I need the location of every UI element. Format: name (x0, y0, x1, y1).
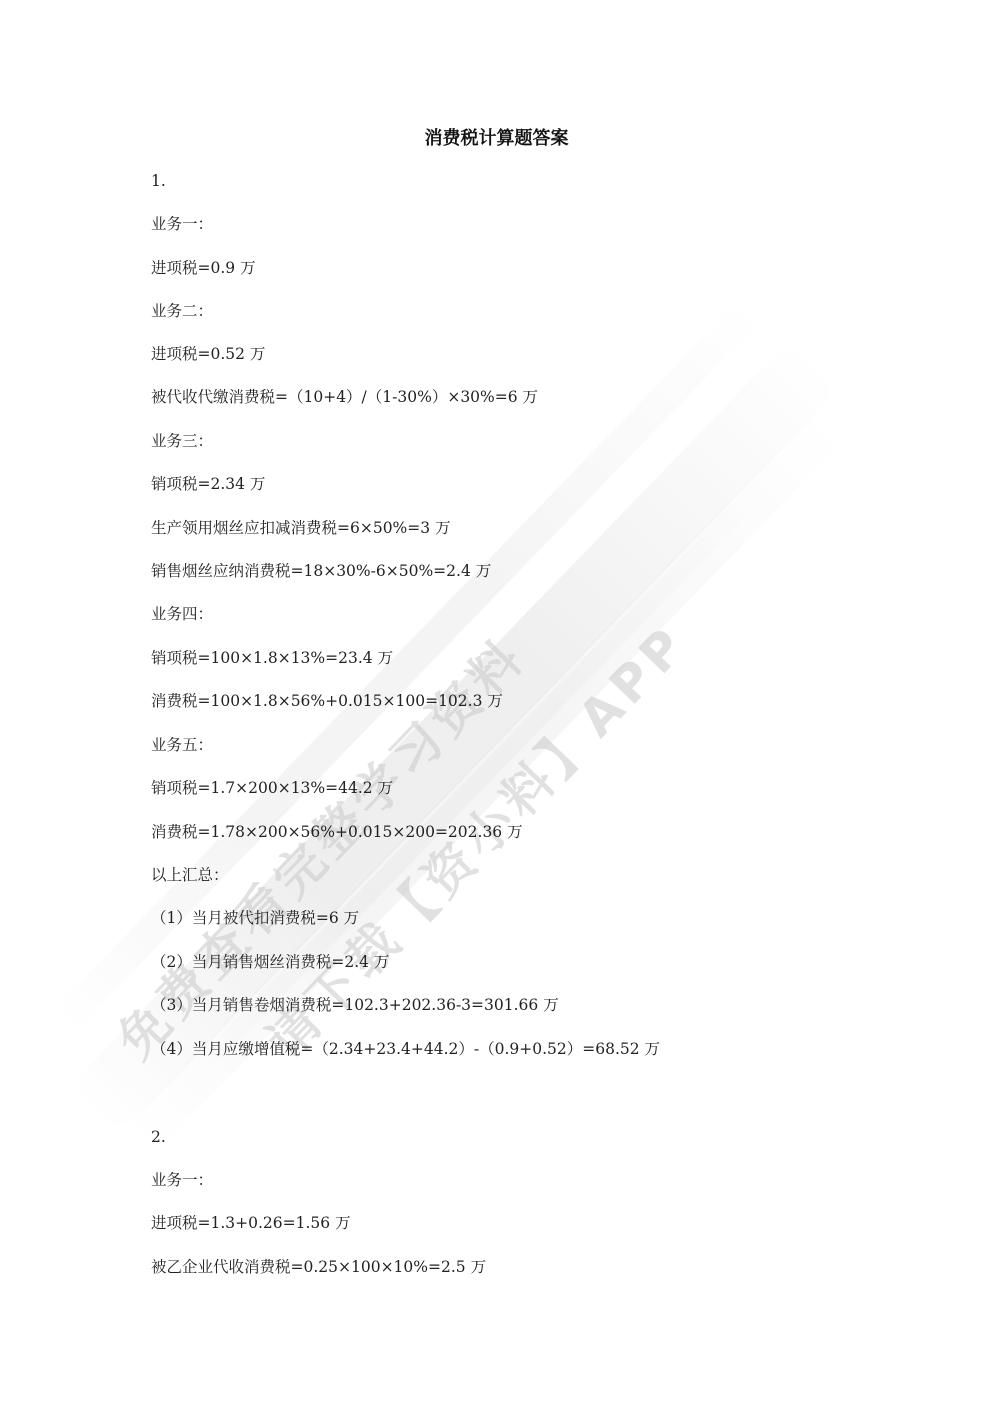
answer-line: 被代收代缴消费税=（10+4）/（1-30%）×30%=6 万 (151, 387, 538, 407)
answer-line: 销项税=2.34 万 (151, 474, 265, 494)
answer-line: 进项税=1.3+0.26=1.56 万 (151, 1213, 351, 1233)
section-heading-business-1: 业务一： (151, 214, 213, 234)
section-heading-business-4: 业务四： (151, 604, 213, 624)
answer-line: 进项税=0.9 万 (151, 258, 256, 278)
summary-item: （1）当月被代扣消费税=6 万 (151, 908, 359, 928)
answer-line: 进项税=0.52 万 (151, 344, 265, 364)
answer-line: 销项税=1.7×200×13%=44.2 万 (151, 778, 393, 798)
answer-line: 销项税=100×1.8×13%=23.4 万 (151, 648, 393, 668)
section-heading-business-3: 业务三： (151, 431, 213, 451)
answer-line: 销售烟丝应纳消费税=18×30%-6×50%=2.4 万 (151, 561, 491, 581)
summary-heading: 以上汇总： (151, 865, 229, 885)
page-title: 消费税计算题答案 (0, 124, 993, 150)
answer-line: 消费税=100×1.8×56%+0.015×100=102.3 万 (151, 691, 503, 711)
summary-item: （2）当月销售烟丝消费税=2.4 万 (151, 952, 389, 972)
section-heading-business-5: 业务五： (151, 735, 213, 755)
section-heading-business-1: 业务一： (151, 1170, 213, 1190)
document-page: 免费查看完整学习资料 请下载【资小料】APP 消费税计算题答案 1. 业务一： … (0, 0, 993, 1404)
answer-line: 消费税=1.78×200×56%+0.015×200=202.36 万 (151, 822, 523, 842)
section-heading-business-2: 业务二： (151, 301, 213, 321)
question-number-1: 1. (151, 171, 166, 191)
summary-item: （4）当月应缴增值税=（2.34+23.4+44.2）-（0.9+0.52）=6… (151, 1039, 660, 1059)
answer-line: 被乙企业代收消费税=0.25×100×10%=2.5 万 (151, 1257, 486, 1277)
summary-item: （3）当月销售卷烟消费税=102.3+202.36-3=301.66 万 (151, 995, 559, 1015)
question-number-2: 2. (151, 1127, 166, 1147)
answer-line: 生产领用烟丝应扣减消费税=6×50%=3 万 (151, 518, 451, 538)
